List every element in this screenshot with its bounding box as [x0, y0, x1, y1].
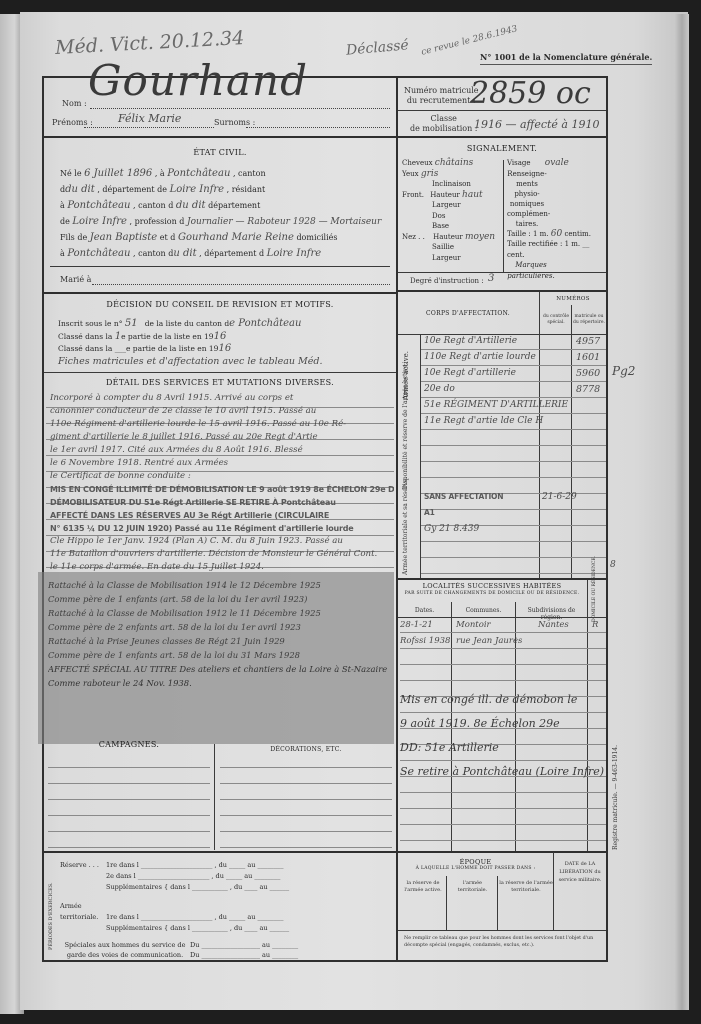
nez-saillie-label: Saillie	[402, 242, 502, 253]
divider	[398, 930, 606, 931]
classe1-year: 16	[214, 331, 227, 342]
signalement-left: Cheveux châtains Yeux gris Inclinaison F…	[402, 158, 502, 263]
front-inclinaison-label: Inclinaison	[402, 179, 502, 190]
profession-value: Journalier — Raboteur 1928 — Mortaiseur	[187, 217, 381, 227]
localite-note: 9 août 1919. 8e Échelon 29e	[400, 712, 660, 736]
matricule-label: Numéro matricule du recrutement :	[404, 86, 479, 106]
corps-name: 11e Regt d'artie lde Cle H	[424, 416, 543, 426]
matricule-label-line: du recrutement :	[404, 96, 479, 106]
overlay-line: AFFECTÉ SPÉCIAL AU TITRE Des ateliers et…	[48, 662, 392, 676]
decision-block: Inscrit sous le n° 51 de la liste du can…	[58, 318, 394, 368]
corps-row: 11e Regt d'artie lde Cle H	[422, 414, 606, 430]
corps-row: Gy 21 8.439	[422, 522, 606, 538]
localite-subdivision: Nantes	[538, 620, 569, 630]
service-line: le 1er avril 1917. Cité aux Armées du 8 …	[50, 444, 394, 457]
corps-row: 110e Regt d'artie lourde1601	[422, 350, 606, 366]
reserve-supp-row: Supplémentaires { dans l ___________ , d…	[60, 882, 390, 893]
spacer	[60, 893, 390, 901]
surnoms-rule	[246, 127, 390, 128]
localites-notes: Mis en congé ill. de démobon le9 août 19…	[400, 688, 660, 784]
matricule-number: 8778	[576, 384, 600, 395]
col-reserve-active: la réserve de l'armée active.	[400, 880, 446, 894]
canton-residence-label: , canton d	[133, 201, 173, 210]
fils-de-label: Fils de	[60, 233, 87, 242]
classe2-label: Classé dans la	[58, 344, 112, 353]
residence-value: Pontchâteau	[67, 200, 130, 211]
date-liberation-title: DATE de LA LIBÉRATION du service militai…	[556, 860, 604, 884]
section-divider	[44, 292, 396, 294]
localites-subtitle: PAR SUITE DE CHANGEMENTS DE DOMICILE OU …	[398, 591, 586, 596]
service-line: giment d'artillerie le 8 juillet 1916. P…	[50, 431, 394, 444]
matricule-value: 2859 oc	[470, 76, 591, 111]
residant-label: , résidant	[227, 185, 266, 194]
au-label: au	[259, 883, 267, 891]
classe1-row: Classé dans la 1e partie de la liste en …	[58, 331, 394, 344]
departement-value: Loire Infre	[170, 184, 225, 195]
margin-note-8: 8	[610, 560, 616, 570]
du-label: , du	[230, 924, 242, 932]
divider	[398, 272, 606, 273]
dans-label: dans l	[170, 924, 190, 932]
territoriale-supp-row: Supplémentaires { dans l ___________ , d…	[60, 923, 390, 934]
au-label: au	[244, 872, 252, 880]
marie-label: Marié à	[60, 275, 91, 284]
et-label: et d	[160, 233, 176, 242]
degre-label: Degré d'instruction :	[410, 277, 484, 285]
domicile-departement-value: Loire Infre	[267, 248, 322, 259]
etat-civil-row: ddu dit , département de Loire Infre , r…	[60, 182, 390, 198]
service-line: 11e Bataillon d'ouvriers d'artillerie. D…	[50, 548, 394, 561]
etat-civil-row: Fils de Jean Baptiste et d Gourhand Mari…	[60, 230, 390, 246]
matricule-number: 1601	[576, 352, 600, 363]
localite-row: Rofssi 1938rue Jean Jaurès	[398, 636, 606, 652]
signalement-title: SIGNALEMENT.	[398, 144, 606, 153]
demobilisation-stamp-line: N° 6135 ¼ DU 12 JUIN 1920) Passé au 11e …	[50, 522, 394, 535]
reserve-row-1: Réserve . . .1re dans l ________________…	[60, 860, 390, 871]
prenoms-value: Félix Marie	[118, 112, 181, 125]
etat-civil-row: Né le 6 Juillet 1896 , à Pontchâteau , c…	[60, 166, 390, 182]
inscrit-value: 51	[125, 318, 138, 329]
campagnes-title: CAMPAGNES.	[44, 740, 214, 749]
speciales-label: Spéciales aux hommes du service de garde…	[60, 940, 190, 960]
nez-label: Nez . .	[402, 233, 425, 241]
column-divider	[396, 76, 398, 852]
visage-value: ovale	[533, 158, 569, 168]
section-divider	[398, 578, 606, 580]
exercices-side-label: PÉRIODES D'EXERCICES.	[48, 860, 54, 950]
service-line: 110e Régiment d'artillerie lourde le 15 …	[50, 418, 394, 431]
etat-civil-row: de Loire Infre , profession d Journalier…	[60, 214, 390, 230]
nom-rule	[90, 108, 390, 109]
service-line: Incorporé à compter du 8 Avril 1915. Arr…	[50, 392, 394, 405]
localite-note: DD: 51e Artillerie	[400, 736, 660, 760]
section-territoriale-label: Armée territoriale et sa réserve.	[402, 495, 409, 575]
corps-name: 51e RÉGIMENT D'ARTILLERIE	[424, 400, 568, 410]
nom-value: Gourhand	[88, 56, 308, 105]
front-value: haut	[462, 190, 483, 200]
matricule-number: 4957	[576, 336, 600, 347]
classe2-suffix: e partie de la liste en 19	[126, 344, 218, 353]
taille-rectifiee-unit: cent.	[507, 251, 525, 259]
register-footer-label: Registre matricule. — 9-463-1914.	[612, 700, 619, 850]
classe-label-line: de mobilisation :	[410, 124, 477, 134]
numeros-title: NUMÉROS	[540, 296, 606, 302]
inscrit-label: Inscrit sous le n°	[58, 319, 122, 328]
liste-canton-label: de la liste du canton d	[145, 319, 229, 328]
taille-rectifiee-row: Taille rectifiée : 1 m. __ cent.	[507, 239, 605, 260]
services-text: Incorporé à compter du 8 Avril 1915. Arr…	[50, 392, 394, 574]
corps-row: 10e Regt d'Artillerie4957	[422, 334, 606, 350]
corps-section-divider	[420, 334, 421, 578]
corps-title: CORPS D'AFFECTATION.	[398, 310, 538, 317]
localite-note: Se retire à Pontchâteau (Loire Infre)	[400, 760, 660, 784]
matricule-number: 5960	[576, 368, 600, 379]
reserve-2e-label: 2e dans l	[106, 872, 136, 880]
section-divider	[398, 290, 606, 292]
corps-name: Gy 21 8.439	[424, 524, 479, 534]
corps-name: 10e Regt d'Artillerie	[424, 336, 517, 346]
service-line: le 6 Novembre 1918. Rentré aux Armées	[50, 457, 394, 470]
marques-label: Marques particulières.	[507, 260, 555, 281]
service-line: le Certificat de bonne conduite :	[50, 470, 394, 483]
pere-value: Jean Baptiste	[90, 232, 158, 243]
nez-hauteur-label: Hauteur	[427, 233, 463, 241]
corps-row: 51e RÉGIMENT D'ARTILLERIE	[422, 398, 606, 414]
overlay-line: Comme raboteur le 24 Nov. 1938.	[48, 676, 392, 690]
reserve-1re-label: 1re dans l	[106, 861, 139, 869]
taille-rectifiee-label: Taille rectifiée : 1 m.	[507, 240, 580, 248]
etat-civil-row: à Pontchâteau , canton d du dit départem…	[60, 198, 390, 214]
nez-row: Nez . . Hauteur moyen	[402, 232, 502, 243]
demobilisation-stamp-line: MIS EN CONGÉ ILLIMITÉ DE DÉMOBILISATION …	[50, 483, 394, 496]
domicile-canton-label: , canton d	[133, 249, 173, 258]
supplementaires-label: Supplémentaires	[106, 883, 162, 891]
epoque-col-divider	[446, 876, 447, 930]
epoque-footnote: Ne remplir ce tableau que pour les homme…	[404, 935, 604, 949]
section-divider	[44, 851, 606, 853]
du-cap-label: Du	[190, 941, 199, 949]
epoque-col-divider	[497, 876, 498, 930]
localites-title: LOCALITÉS SUCCESSIVES HABITÉES	[398, 582, 586, 590]
matricule-label-line: Numéro matricule	[404, 86, 479, 96]
localite-commune: rue Jean Jaurès	[456, 636, 522, 646]
taille-unit: centim.	[564, 230, 591, 238]
domicile-canton-value: u dit	[173, 248, 196, 259]
marie-rule	[92, 284, 390, 285]
decision-title: DÉCISION DU CONSEIL DE REVISION ET MOTIF…	[44, 300, 396, 309]
localite-commune: Montoir	[456, 620, 491, 630]
prenoms-label: Prénoms :	[52, 118, 93, 127]
dans-label: dans l	[170, 883, 190, 891]
overlay-line: Rattaché à la Classe de Mobilisation 191…	[48, 578, 392, 592]
exercices-block: Réserve . . .1re dans l ________________…	[60, 860, 390, 960]
nez-value: moyen	[465, 232, 495, 242]
col-dates: Dates.	[398, 607, 451, 614]
corps-row: 10e Regt d'artillerie5960	[422, 366, 606, 382]
prenoms-rule	[84, 127, 214, 128]
du-label: , du	[215, 861, 227, 869]
corps-row: A1	[422, 506, 606, 522]
corps-name: A1	[424, 508, 435, 517]
localite-date: Rofssi 1938	[400, 636, 450, 646]
ne-le-value: 6 Juillet 1896	[84, 168, 152, 179]
liste-canton-value: e Pontchâteau	[229, 318, 301, 329]
classe2-row: Classé dans la ___e partie de la liste e…	[58, 343, 394, 356]
campagnes-ruled-lines	[48, 752, 210, 850]
col-territoriale: l'armée territoriale.	[448, 880, 497, 894]
supplementaires-label: Supplémentaires	[106, 924, 162, 932]
nez-base-label: Base	[402, 221, 502, 232]
canton-residence-value: du dit	[176, 200, 206, 211]
du-label: , du	[215, 913, 227, 921]
domicile-departement-label: , département d	[199, 249, 264, 258]
etat-civil-row: à Pontchâteau , canton du dit , départem…	[60, 246, 390, 262]
service-line: canonnier conducteur de 2e classe le 10 …	[50, 405, 394, 418]
epoque-col-divider	[553, 852, 554, 930]
corps-name: 110e Regt d'artie lourde	[424, 352, 536, 362]
section-divider	[44, 136, 606, 138]
overlay-text: Rattaché à la Classe de Mobilisation 191…	[48, 578, 392, 690]
a-label: , à	[155, 169, 165, 178]
service-line: Cle Hippo le 1er Janv. 1924 (Plan A) C. …	[50, 535, 394, 548]
col-communes: Communes.	[452, 607, 515, 614]
domicilies-label: domiciliés	[296, 233, 337, 242]
signalement-right: Visage ovale Renseigne-ments physio-nomi…	[507, 158, 605, 281]
au-label: au	[262, 941, 270, 949]
classe2-year: 16	[218, 343, 231, 354]
departement-residence-label: département	[208, 201, 260, 210]
du-cap-label: Du	[190, 951, 199, 959]
localite-note: Mis en congé ill. de démobon le	[400, 688, 660, 712]
speciales-dates: Du __________________ au ________Du ____…	[190, 940, 298, 960]
yeux-row: Yeux gris	[402, 169, 502, 180]
classe1-suffix: e partie de la liste en 19	[121, 332, 213, 341]
territoriale-1re-label: 1re dans l	[106, 913, 139, 921]
yeux-label: Yeux	[402, 170, 419, 178]
au-label: au	[247, 861, 255, 869]
degre-value: 3	[488, 273, 494, 284]
divider	[44, 372, 396, 373]
overlay-line: Comme père de 1 enfants art. 58 de la lo…	[48, 648, 392, 662]
cheveux-row: Cheveux châtains	[402, 158, 502, 169]
overlay-line: Comme père de 2 enfants art. 58 de la lo…	[48, 620, 392, 634]
taille-value: 60	[551, 229, 562, 239]
speciales-row: Spéciales aux hommes du service de garde…	[60, 940, 390, 960]
inscrit-row: Inscrit sous le n° 51 de la liste du can…	[58, 318, 394, 331]
localite-row: 28-1-21MontoirNantesR	[398, 620, 606, 636]
demobilisation-stamp-line: AFFECTÉ DANS LES RÉSERVES AU 3e Régt Art…	[50, 509, 394, 522]
corps-name: 20e do	[424, 384, 455, 394]
overlay-line: Comme père de 1 enfants (art. 58 de la l…	[48, 592, 392, 606]
classe-label: Classe de mobilisation :	[410, 114, 477, 134]
reserve-label: Réserve . . .	[60, 860, 106, 871]
corps-row: 20e do8778	[422, 382, 606, 398]
profession-label: , profession d	[129, 217, 184, 226]
nez-dos-label: Dos	[402, 211, 502, 222]
localite-domicile: R	[592, 620, 598, 630]
etat-civil-title: ÉTAT CIVIL.	[44, 148, 396, 157]
nom-label: Nom :	[62, 99, 87, 108]
overlay-line: Rattaché à la Prise Jeunes classes 8e Ré…	[48, 634, 392, 648]
corps-name: 10e Regt d'artillerie	[424, 368, 516, 378]
nez-largeur-label: Largeur	[402, 253, 502, 264]
front-hauteur-label: Hauteur	[426, 191, 460, 199]
epoque-title: ÉPOQUE	[398, 858, 553, 866]
col-reserve-territoriale: la réserve de l'armée territoriale.	[499, 880, 553, 894]
corps-row: SANS AFFECTATION21-6-29	[422, 490, 606, 506]
visage-row: Visage ovale	[507, 158, 605, 169]
classe1-label: Classé dans la	[58, 332, 112, 341]
nomenclature-number: N° 1001 de la Nomenclature générale.	[480, 52, 652, 65]
renseignements-label: Renseigne-ments physio-nomiques compléme…	[507, 169, 547, 229]
au-label: au	[247, 913, 255, 921]
armee-territoriale-label: Armée territoriale.	[60, 901, 106, 923]
cheveux-value: châtains	[435, 158, 473, 168]
canton-value: du dit	[65, 184, 95, 195]
page-stack-edge	[675, 14, 689, 1010]
taille-row: Taille : 1 m. 60 centim.	[507, 229, 605, 240]
services-title: DÉTAIL DES SERVICES ET MUTATIONS DIVERSE…	[44, 378, 396, 387]
reserve-row-2: 2e dans l ______________________ , du __…	[60, 871, 390, 882]
visage-label: Visage	[507, 159, 531, 167]
controle-number: 21-6-29	[542, 492, 577, 502]
demobilisation-stamp-line: DÉMOBILISATEUR DU 51e Régt Artillerie SE…	[50, 496, 394, 509]
localite-date: 28-1-21	[400, 620, 433, 630]
departement-label: , département de	[97, 185, 167, 194]
mere-value: Gourhand Marie Reine	[178, 232, 294, 243]
surnoms-label: Surnoms :	[214, 118, 255, 127]
taille-label: Taille : 1 m.	[507, 230, 549, 238]
corps-name: SANS AFFECTATION	[424, 492, 503, 501]
cheveux-label: Cheveux	[402, 159, 433, 167]
au-label: au	[259, 924, 267, 932]
lieu-naissance-value: Pontchâteau	[167, 168, 230, 179]
ne-le-label: Né le	[60, 169, 82, 178]
overlay-line: Rattaché à la Classe de Mobilisation 191…	[48, 606, 392, 620]
motif-value: Fiches matricules et d'affectation avec …	[58, 356, 394, 369]
yeux-value: gris	[421, 169, 439, 179]
front-largeur-label: Largeur	[402, 200, 502, 211]
au-label: au	[262, 951, 270, 959]
etat-civil-block: Né le 6 Juillet 1896 , à Pontchâteau , c…	[60, 166, 390, 262]
front-row: Front. Hauteur haut	[402, 190, 502, 201]
du-label: , du	[230, 883, 242, 891]
col-controle: du contrôle spécial.	[541, 314, 571, 326]
classe-value: 1916 — affecté à 1910	[474, 118, 600, 131]
departement-residence-value: Loire Infre	[72, 216, 127, 227]
du-label: , du	[211, 872, 223, 880]
canton-label: , canton	[233, 169, 266, 178]
front-label: Front.	[402, 191, 424, 199]
territoriale-row-1: Armée territoriale.1re dans l __________…	[60, 901, 390, 923]
signalement-divider	[503, 160, 504, 272]
divider	[50, 266, 390, 267]
col-matricule: matricule ou du répertoire.	[573, 314, 605, 326]
decorations-ruled-lines	[220, 752, 392, 850]
classe-label-line: Classe	[410, 114, 477, 124]
domicile-value: Pontchâteau	[67, 248, 130, 259]
margin-note-pg2: Pg2	[612, 364, 635, 378]
campagnes-divider	[214, 744, 215, 850]
epoque-subtitle: À LAQUELLE L'HOMME DOIT PASSER DANS :	[398, 866, 553, 871]
